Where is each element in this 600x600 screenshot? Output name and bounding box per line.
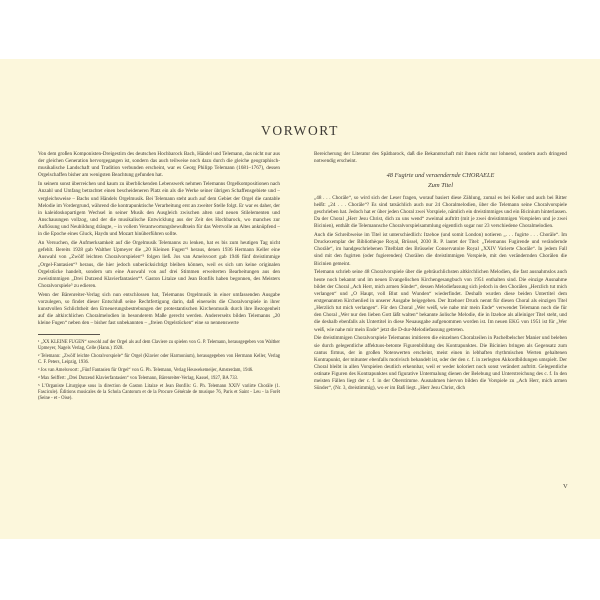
paragraph: Von dem großen Komponisten-Dreigestirn d… — [38, 151, 280, 180]
section-heading: 48 Fugirte und veraendernde CHORAELE — [314, 172, 567, 179]
paragraph: Wenn der Bärenreiter-Verlag sich nun ent… — [38, 292, 280, 328]
footnote: ³ Jos van Amelsvoort: „Fünf Fantasien fü… — [38, 368, 280, 374]
page-number: V — [563, 483, 568, 490]
right-column: Bereicherung der Literatur des Spätbaroc… — [314, 151, 567, 394]
document-page: VORWORT Von dem großen Komponisten-Dreig… — [0, 59, 600, 539]
left-column: Von dem großen Komponisten-Dreigestirn d… — [38, 151, 280, 404]
paragraph: „48 . . . Choräle“, so wird sich der Les… — [314, 195, 567, 231]
paragraph: Auch die Schreibweise im Titel ist unter… — [314, 232, 567, 268]
footnote-separator — [38, 334, 100, 335]
paragraph: Telemann schrieb seine 48 Choralvorspiel… — [314, 269, 567, 333]
footnote: ¹ „XX KLEINE FUGEN“ sowohl auf der Orgel… — [38, 340, 280, 353]
paragraph: Bereicherung der Literatur des Spätbaroc… — [314, 151, 567, 165]
footnote: ⁵ L’Organiste Liturgique sous la directi… — [38, 384, 280, 403]
section-subheading: Zum Titel — [314, 182, 567, 189]
paragraph: In seinem sonst überreichen und kaum zu … — [38, 181, 280, 238]
page-title: VORWORT — [0, 123, 600, 139]
paragraph: Die dreistimmigen Choralvorspiele Telema… — [314, 335, 567, 392]
paragraph: An Versuchen, die Aufmerksamkeit auf die… — [38, 240, 280, 290]
footnote: ² Telemann: „Zwölf leichte Choralvorspie… — [38, 354, 280, 367]
footnote: ⁴ Max Seiffert: „Drei Dutzend Klavierfan… — [38, 376, 280, 382]
